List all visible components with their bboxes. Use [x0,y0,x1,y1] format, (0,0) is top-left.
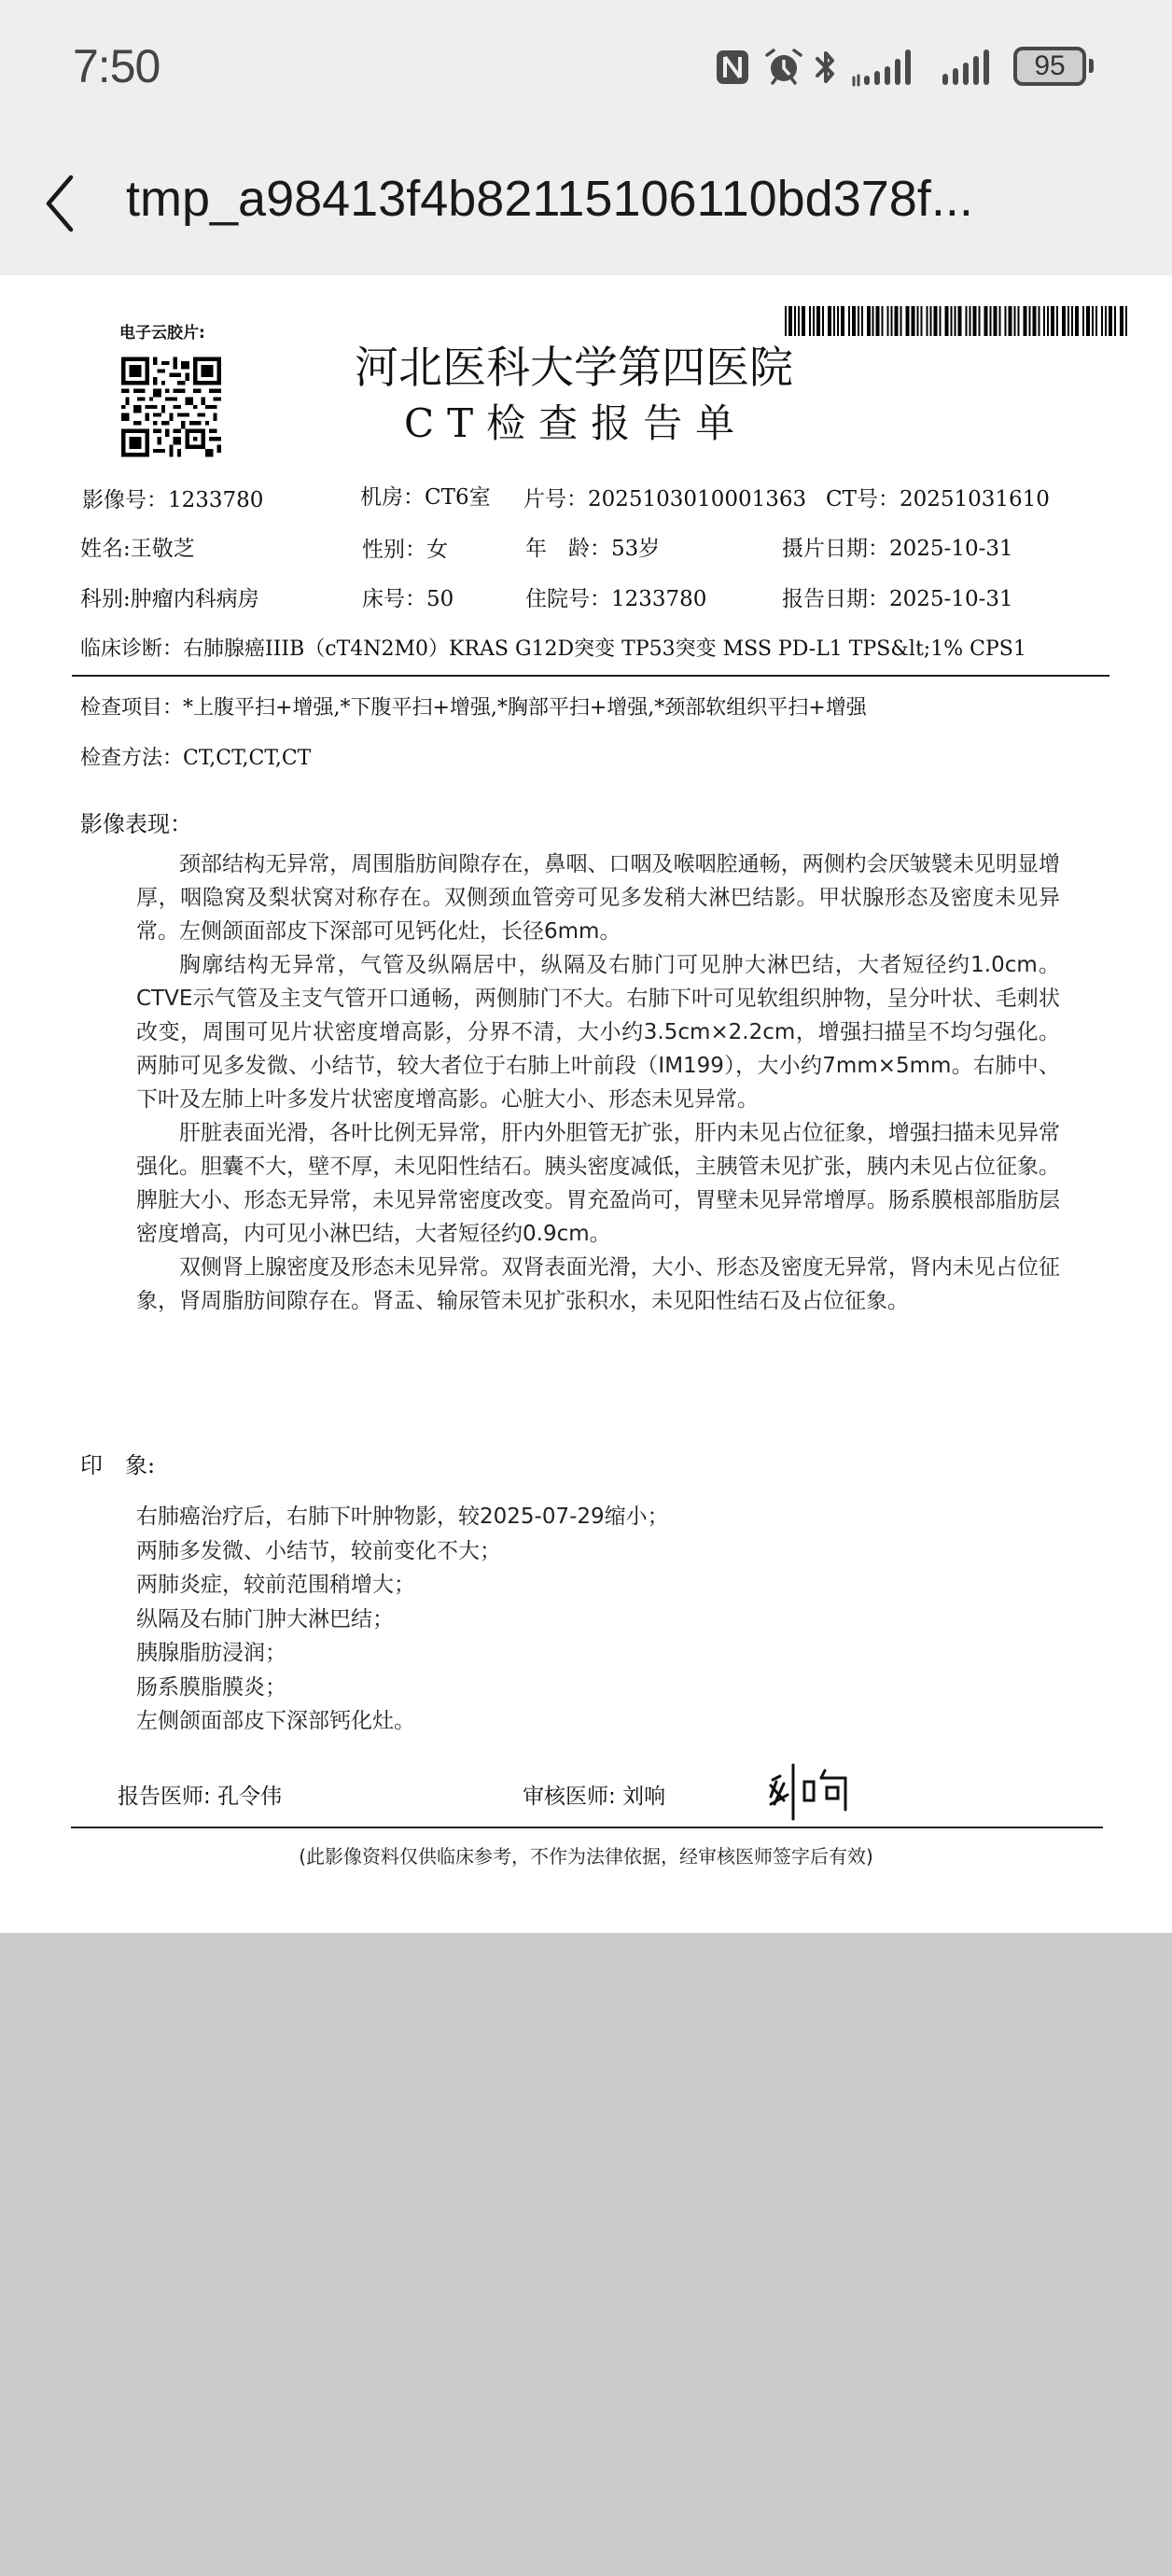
reviewing-doctor: 审核医师: 刘响 [523,1779,665,1810]
field-image-no: 影像号：1233780 [82,483,263,513]
barcode-icon [785,306,1127,336]
field-age: 年 龄：53岁 [525,531,660,562]
findings-paragraph-chest: 胸廓结构无异常，气管及纵隔居中，纵隔及右肺门可见肿大淋巴结，大者短径约1.0cm… [136,948,1060,1116]
findings-label: 影像表现： [80,805,192,838]
chevron-left-icon [34,166,90,241]
field-gender: 性别：女 [362,532,448,563]
disclaimer: (此影像资料仅供临床参考，不作为法律依据，经审核医师签字后有效) [0,1841,1172,1869]
battery-level: 95 [1034,50,1065,82]
field-film-no: 片号：2025103010001363 [523,482,806,512]
field-scan-date: 摄片日期：2025-10-31 [782,531,1013,562]
reporting-doctor: 报告医师: 孔令伟 [118,1779,282,1810]
qr-code-icon[interactable] [121,356,221,458]
battery-tip [1089,59,1094,73]
impression-item: 左侧颌面部皮下深部钙化灶。 [136,1704,669,1739]
divider-footer [71,1827,1103,1828]
findings-paragraph-kidney: 双侧肾上腺密度及形态未见异常。双肾表面光滑，大小、形态及密度无异常，肾内未见占位… [136,1251,1060,1318]
status-icons [715,47,997,88]
field-exam-items: 检查项目：*上腹平扫+增强,*下腹平扫+增强,*胸部平扫+增强,*颈部软组织平扫… [80,692,867,721]
impression-item: 两肺多发微、小结节，较前变化不大； [136,1534,669,1569]
status-time: 7:50 [73,39,160,93]
status-bar: 7:50 [0,0,1172,131]
impression-item: 右肺癌治疗后，右肺下叶肿物影，较2025-07-29缩小； [136,1500,669,1534]
bluetooth-icon [814,48,838,87]
field-report-date: 报告日期：2025-10-31 [782,581,1013,612]
impression-label: 印 象: [80,1447,155,1479]
field-bed-no: 床号：50 [362,581,453,612]
signal-1-icon [851,48,922,87]
document-page[interactable]: 电子云胶片: [0,275,1172,1933]
hospital-name: 河北医科大学第四医院 [355,333,793,396]
back-button[interactable] [34,166,90,241]
impression-list: 右肺癌治疗后，右肺下叶肿物影，较2025-07-29缩小； 两肺多发微、小结节，… [136,1500,669,1739]
report-title: CT检查报告单 [404,393,747,449]
app-bar: tmp_a98413f4b82115106110bd378f... [0,131,1172,275]
field-inpatient-no: 住院号：1233780 [525,581,706,612]
divider-top [72,675,1109,677]
viewer-background [0,1933,1172,2576]
qr-label: 电子云胶片: [119,319,205,343]
impression-item: 纵隔及右肺门肿大淋巴结； [136,1603,669,1637]
signal-2-icon [941,48,997,87]
field-exam-method: 检查方法：CT,CT,CT,CT [80,742,311,771]
nfc-icon [715,49,750,86]
handwritten-signature-icon [767,1763,879,1821]
impression-item: 胰腺脂肪浸润； [136,1636,669,1671]
impression-item: 两肺炎症，较前范围稍增大； [136,1568,669,1603]
field-name: 姓名:王敬芝 [80,531,195,562]
file-title: tmp_a98413f4b82115106110bd378f... [126,170,973,228]
impression-item: 肠系膜脂膜炎； [136,1671,669,1705]
field-diagnosis: 临床诊断：右肺腺癌IIIB（cT4N2M0）KRAS G12D突变 TP53突变… [80,633,1026,662]
findings-paragraph-abdomen: 肝脏表面光滑，各叶比例无异常，肝内外胆管无扩张，肝内未见占位征象，增强扫描未见异… [136,1116,1060,1251]
field-department: 科别:肿瘤内科病房 [80,581,259,612]
field-ct-no: CT号：20251031610 [826,482,1050,512]
alarm-icon [763,48,804,87]
field-room: 机房：CT6室 [360,480,491,511]
findings-paragraph-neck: 颈部结构无异常，周围脂肪间隙存在，鼻咽、口咽及喉咽腔通畅，两侧杓会厌皱襞未见明显… [136,847,1060,948]
battery-icon: 95 [1013,47,1086,86]
findings-body: 颈部结构无异常，周围脂肪间隙存在，鼻咽、口咽及喉咽腔通畅，两侧杓会厌皱襞未见明显… [136,847,1060,1318]
